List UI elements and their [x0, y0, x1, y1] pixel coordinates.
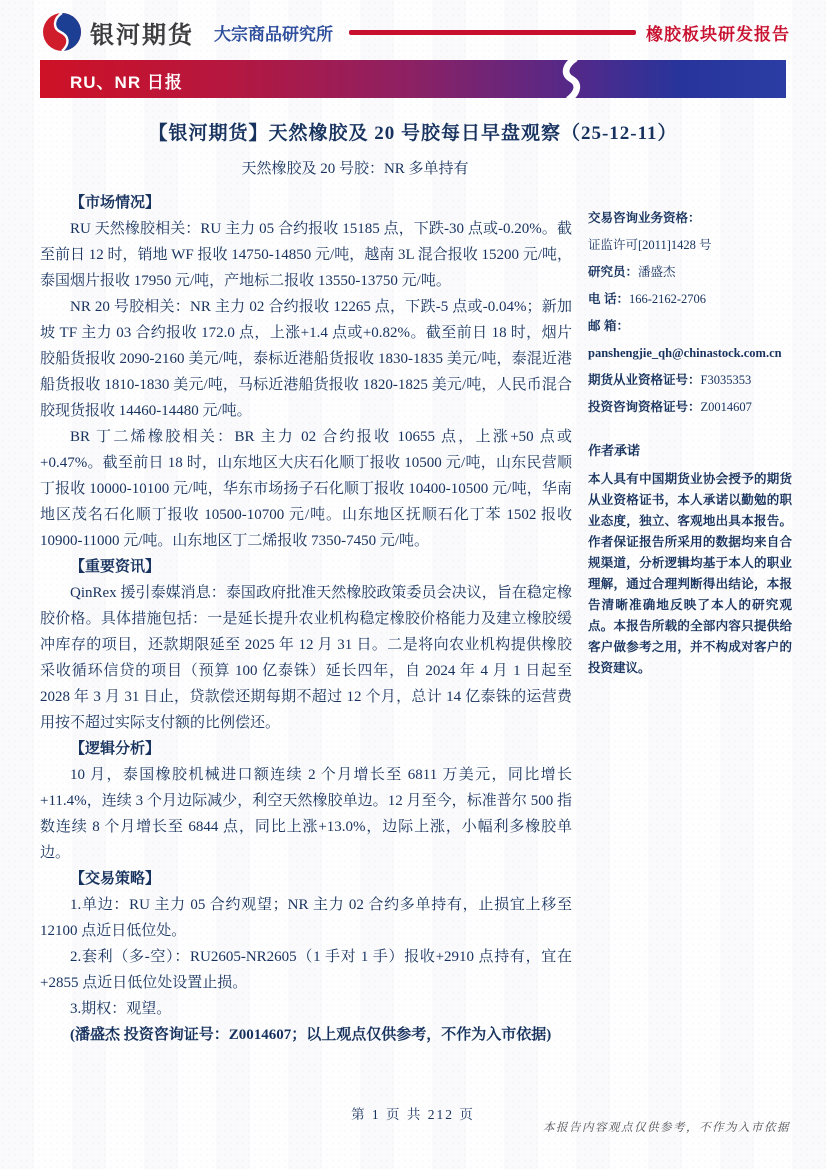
contact-label: 交易咨询业务资格： — [588, 211, 701, 225]
section-title-logic: 【逻辑分析】 — [40, 736, 572, 762]
contact-row-futures-cert: 期货从业资格证号：F3035353 — [588, 372, 792, 389]
strategy-item-options: 3.期权：观望。 — [40, 996, 572, 1022]
page-subtitle: 天然橡胶及 20 号胶：NR 多单持有 — [0, 157, 768, 178]
header: 银河期货 大宗商品研究所 橡胶板块研发报告 — [0, 0, 826, 54]
strategy-item-unilateral: 1.单边：RU 主力 05 合约观望；NR 主力 02 合约多单持有，止损宜上移… — [40, 892, 572, 944]
section-title-market: 【市场情况】 — [40, 190, 572, 216]
contact-label: 期货从业资格证号： — [588, 373, 701, 387]
contact-row-researcher: 研究员：潘盛杰 — [588, 264, 792, 281]
paragraph-logic: 10 月，泰国橡胶机械进口额连续 2 个月增长至 6811 万美元，同比增长+1… — [40, 762, 572, 866]
contact-row-license: 证监许可[2011]1428 号 — [588, 237, 792, 254]
contact-label: 电 话： — [588, 292, 629, 306]
contact-row-qualification: 交易咨询业务资格： — [588, 210, 792, 227]
sidebar-column: 交易咨询业务资格： 证监许可[2011]1428 号 研究员：潘盛杰 电 话：1… — [588, 190, 792, 1048]
content-columns: 【市场情况】 RU 天然橡胶相关：RU 主力 05 合约报收 15185 点，下… — [0, 178, 826, 1048]
author-pledge-block: 作者承诺 本人具有中国期货业协会授予的期货从业资格证书，本人承诺以勤勉的职业态度… — [588, 440, 792, 679]
analyst-signature-line: (潘盛杰 投资咨询证号：Z0014607；以上观点仅供参考，不作为入市依据) — [40, 1022, 572, 1048]
section-title-news: 【重要资讯】 — [40, 554, 572, 580]
contact-value: 证监许可[2011]1428 号 — [588, 238, 712, 252]
swoosh-icon — [555, 60, 585, 98]
page-title: 【银河期货】天然橡胶及 20 号胶每日早盘观察（25-12-11） — [0, 118, 826, 145]
banner-title: RU、NR 日报 — [70, 68, 183, 93]
email-address: panshengjie_qh@chinastock.com.cn — [588, 346, 782, 360]
header-divider-line — [349, 30, 636, 35]
contact-block: 交易咨询业务资格： 证监许可[2011]1428 号 研究员：潘盛杰 电 话：1… — [588, 210, 792, 416]
report-banner: RU、NR 日报 — [40, 60, 786, 98]
contact-value: 潘盛杰 — [638, 265, 676, 279]
main-text-column: 【市场情况】 RU 天然橡胶相关：RU 主力 05 合约报收 15185 点，下… — [40, 190, 572, 1048]
pledge-text: 本人具有中国期货业协会授予的期货从业资格证书，本人承诺以勤勉的职业态度，独立、客… — [588, 469, 792, 679]
research-institute-name: 大宗商品研究所 — [214, 20, 333, 45]
contact-row-email-label: 邮 箱： — [588, 318, 792, 335]
report-category-tag: 橡胶板块研发报告 — [646, 20, 790, 45]
section-title-strategy: 【交易策略】 — [40, 866, 572, 892]
galaxy-futures-logo-icon — [42, 12, 82, 52]
contact-label: 研究员： — [588, 265, 638, 279]
contact-row-email-address: panshengjie_qh@chinastock.com.cn — [588, 345, 792, 362]
company-name: 银河期货 — [90, 15, 194, 50]
paragraph-market-nr: NR 20 号胶相关：NR 主力 02 合约报收 12265 点，下跌-5 点或… — [40, 294, 572, 424]
footer-disclaimer: 本报告内容观点仅供参考，不作为入市依据 — [543, 1119, 790, 1135]
contact-label: 投资咨询资格证号： — [588, 400, 701, 414]
contact-row-phone: 电 话：166-2162-2706 — [588, 291, 792, 308]
contact-value: 166-2162-2706 — [629, 292, 706, 306]
contact-value: Z0014607 — [701, 400, 752, 414]
pledge-title: 作者承诺 — [588, 440, 792, 459]
paragraph-market-br: BR 丁二烯橡胶相关：BR 主力 02 合约报收 10655 点，上涨+50 点… — [40, 424, 572, 554]
paragraph-market-ru: RU 天然橡胶相关：RU 主力 05 合约报收 15185 点，下跌-30 点或… — [40, 216, 572, 294]
strategy-item-arbitrage: 2.套利（多-空）：RU2605-NR2605（1 手对 1 手）报收+2910… — [40, 944, 572, 996]
report-page: 银河期货 大宗商品研究所 橡胶板块研发报告 RU、NR 日报 【银河期货】天然橡… — [0, 0, 826, 1169]
paragraph-news: QinRex 援引泰媒消息：泰国政府批准天然橡胶政策委员会决议，旨在稳定橡胶价格… — [40, 580, 572, 736]
contact-row-advisory-cert: 投资咨询资格证号：Z0014607 — [588, 399, 792, 416]
contact-label: 邮 箱： — [588, 319, 629, 333]
contact-value: F3035353 — [701, 373, 752, 387]
